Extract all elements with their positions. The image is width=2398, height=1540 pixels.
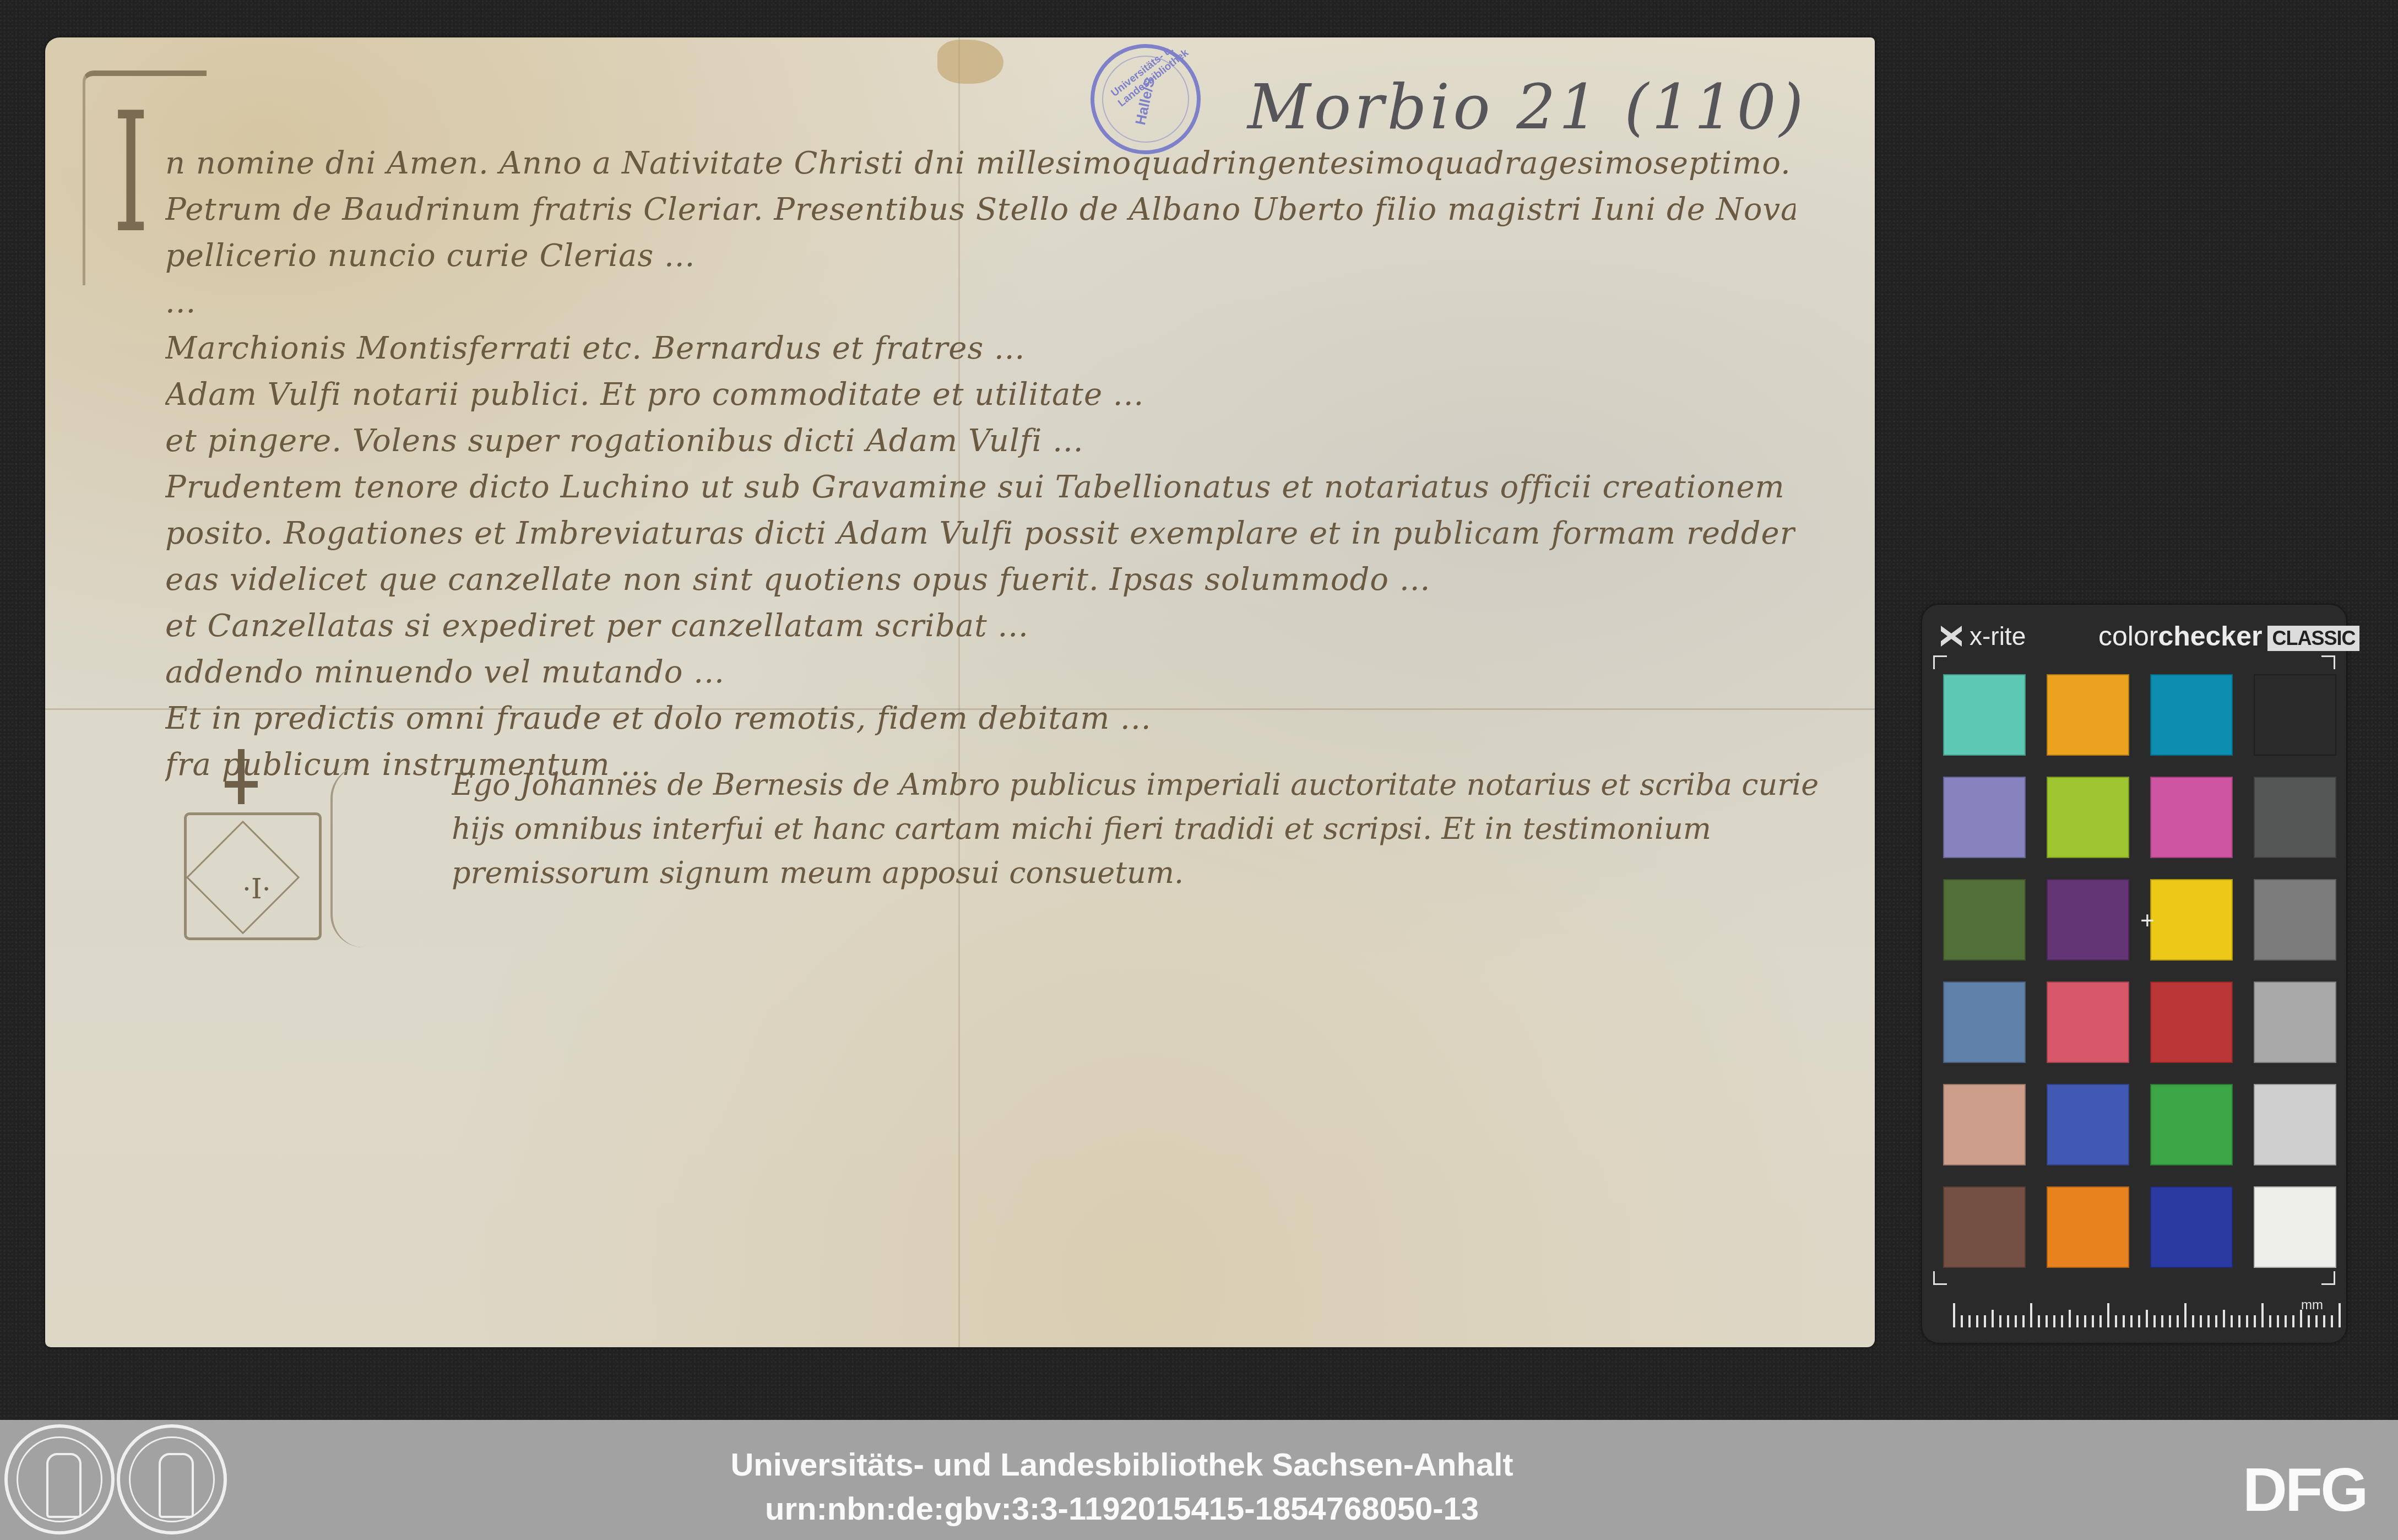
ruler-tick [2130, 1315, 2133, 1327]
ruler-tick [2215, 1315, 2217, 1327]
colorchecker-product-name: colorcheckerCLASSIC [2098, 620, 2359, 652]
xrite-brand-text: x-rite [1970, 621, 2026, 651]
ruler-tick [2107, 1303, 2109, 1327]
ruler-tick [2308, 1315, 2310, 1327]
ruler-tick [2200, 1315, 2202, 1327]
urn-identifier: urn:nbn:de:gbv:3:3-1192015415-1854768050… [0, 1490, 2321, 1527]
text-line: Marchionis Montisferrati etc. Bernardus … [165, 326, 1795, 372]
color-swatch-blue-dark [2150, 1186, 2233, 1268]
ruler-tick [2092, 1315, 2094, 1327]
mm-ruler [1953, 1300, 2341, 1327]
decorated-initial-letter: I [113, 91, 149, 256]
color-swatch-white [2254, 1186, 2336, 1268]
text-line: pellicerio nuncio curie Clerias ... [165, 233, 1795, 279]
registration-corner-tl [1933, 655, 1947, 669]
ruler-tick [1999, 1315, 2001, 1327]
ruler-unit-label: mm [2301, 1298, 2323, 1313]
color-swatch-neutral-3.5 [2254, 777, 2336, 858]
ruler-tick [2038, 1315, 2040, 1327]
product-name-light: color [2098, 621, 2158, 652]
text-line: Adam Vulfi notarii publici. Et pro commo… [165, 372, 1795, 418]
ruler-tick [2184, 1303, 2187, 1327]
color-swatch-magenta [2150, 777, 2233, 858]
color-swatch-orange [2047, 1186, 2129, 1268]
ruler-tick [2192, 1315, 2194, 1327]
signet-cross-stem [238, 749, 245, 804]
ruler-tick [2323, 1315, 2325, 1327]
ruler-tick [2277, 1315, 2279, 1327]
ruler-tick [2231, 1315, 2233, 1327]
text-line: Prudentem tenore dicto Luchino ut sub Gr… [165, 464, 1795, 511]
text-line: Et in predictis omni fraude et dolo remo… [165, 696, 1795, 742]
color-swatch-purple [2047, 879, 2129, 961]
color-swatch-red [2150, 982, 2233, 1063]
ruler-tick [2022, 1315, 2025, 1327]
ruler-tick [2177, 1315, 2179, 1327]
registration-corner-tr [2321, 655, 2335, 669]
text-line: addendo minuendo vel mutando ... [165, 649, 1795, 696]
center-crosshair-icon: + [2140, 909, 2155, 933]
color-swatch-yellow [2150, 879, 2233, 961]
shelfmark-annotation: Morbio 21 (110) [1247, 72, 1806, 143]
ruler-tick [2069, 1310, 2071, 1327]
dfg-logo: DFG [2243, 1454, 2366, 1525]
text-line: posito. Rogationes et Imbreviaturas dict… [165, 511, 1795, 557]
signet-center-mark: ·I· [242, 873, 271, 905]
ruler-tick [2223, 1310, 2225, 1327]
text-line: ... [165, 279, 1795, 326]
registration-corner-br [2321, 1271, 2335, 1285]
color-swatch-moderate-red [2047, 982, 2129, 1063]
color-swatch-dark-skin [1943, 1186, 2026, 1268]
ruler-tick [2115, 1315, 2117, 1327]
ruler-tick [2339, 1303, 2341, 1327]
ruler-tick [1976, 1315, 1978, 1327]
edition-badge: CLASSIC [2267, 626, 2359, 651]
ruler-tick [1992, 1310, 1994, 1327]
ruler-tick [2138, 1315, 2140, 1327]
library-footer-bar: Universitäts- und Landesbibliothek Sachs… [0, 1420, 2398, 1540]
ruler-tick [2123, 1315, 2125, 1327]
color-swatch-blue-flower [1943, 777, 2026, 858]
subscription-line: Ego Johannes de Bernesis de Ambro public… [452, 763, 1829, 807]
color-checker-card: x-rite colorcheckerCLASSIC + mm [1922, 605, 2346, 1343]
color-swatch-neutral-5 [2254, 879, 2336, 961]
ruler-tick [2254, 1315, 2256, 1327]
ruler-tick [2315, 1315, 2318, 1327]
color-swatch-yellow-green [2047, 777, 2129, 858]
ruler-tick [2161, 1315, 2163, 1327]
ruler-tick [2246, 1315, 2248, 1327]
ruler-tick [2046, 1315, 2048, 1327]
ruler-tick [2053, 1315, 2055, 1327]
institution-name: Universitäts- und Landesbibliothek Sachs… [0, 1446, 2321, 1483]
color-swatch-green [2150, 1084, 2233, 1165]
product-name-bold: checker [2158, 621, 2262, 652]
text-line: n nomine dni Amen. Anno a Nativitate Chr… [165, 140, 1795, 187]
ruler-tick [1961, 1315, 1963, 1327]
color-swatch-light-skin [1943, 1084, 2026, 1165]
color-swatch-neutral-8 [2254, 1084, 2336, 1165]
ruler-tick [1984, 1315, 1986, 1327]
subscription-line: hijs omnibus interfui et hanc cartam mic… [452, 807, 1829, 851]
color-swatch-orange-yellow [2047, 674, 2129, 756]
ruler-tick [2269, 1315, 2271, 1327]
notary-subscription: Ego Johannes de Bernesis de Ambro public… [452, 763, 1829, 895]
subscription-bracket [330, 766, 399, 947]
ruler-tick [2076, 1315, 2079, 1327]
xrite-brand: x-rite [1939, 621, 2026, 651]
ruler-tick [1968, 1315, 1971, 1327]
subscription-line: premissorum signum meum apposui consuetu… [452, 851, 1829, 895]
ruler-tick [2084, 1315, 2086, 1327]
color-swatch-blue [2047, 1084, 2129, 1165]
ruler-tick [2169, 1315, 2171, 1327]
ruler-tick [2099, 1315, 2102, 1327]
xrite-logo-icon [1939, 623, 1964, 649]
ruler-tick [2292, 1315, 2294, 1327]
text-line: et Canzellatas si expediret per canzella… [165, 603, 1795, 649]
parchment-stain [937, 40, 1003, 84]
charter-text-body: n nomine dni Amen. Anno a Nativitate Chr… [165, 140, 1795, 788]
registration-corner-bl [1933, 1271, 1947, 1285]
ruler-tick [2331, 1315, 2333, 1327]
color-swatch-black [2254, 674, 2336, 756]
text-line: Petrum de Baudrinum fratris Cleriar. Pre… [165, 187, 1795, 233]
text-line: eas videlicet que canzellate non sint qu… [165, 557, 1795, 603]
color-swatch-aqua [1943, 674, 2026, 756]
ruler-tick [2261, 1303, 2264, 1327]
ruler-tick [2153, 1315, 2156, 1327]
text-line: et pingere. Volens super rogationibus di… [165, 418, 1795, 464]
ruler-tick [2007, 1315, 2009, 1327]
color-swatch-foliage [1943, 879, 2026, 961]
color-swatch-grid [1943, 674, 2336, 1268]
color-swatch-blue-sky [1943, 982, 2026, 1063]
ruler-tick [2015, 1315, 2017, 1327]
notarial-signet-icon: ·I· [176, 749, 325, 947]
ruler-tick [2238, 1315, 2240, 1327]
ruler-tick [1953, 1303, 1955, 1327]
ruler-tick [2146, 1310, 2148, 1327]
ruler-tick [2030, 1303, 2032, 1327]
color-swatch-neutral-6.5 [2254, 982, 2336, 1063]
signet-cross-bar [225, 781, 258, 788]
ruler-tick [2285, 1315, 2287, 1327]
ruler-tick [2207, 1315, 2210, 1327]
color-swatch-cyan [2150, 674, 2233, 756]
ruler-tick [2061, 1315, 2063, 1327]
